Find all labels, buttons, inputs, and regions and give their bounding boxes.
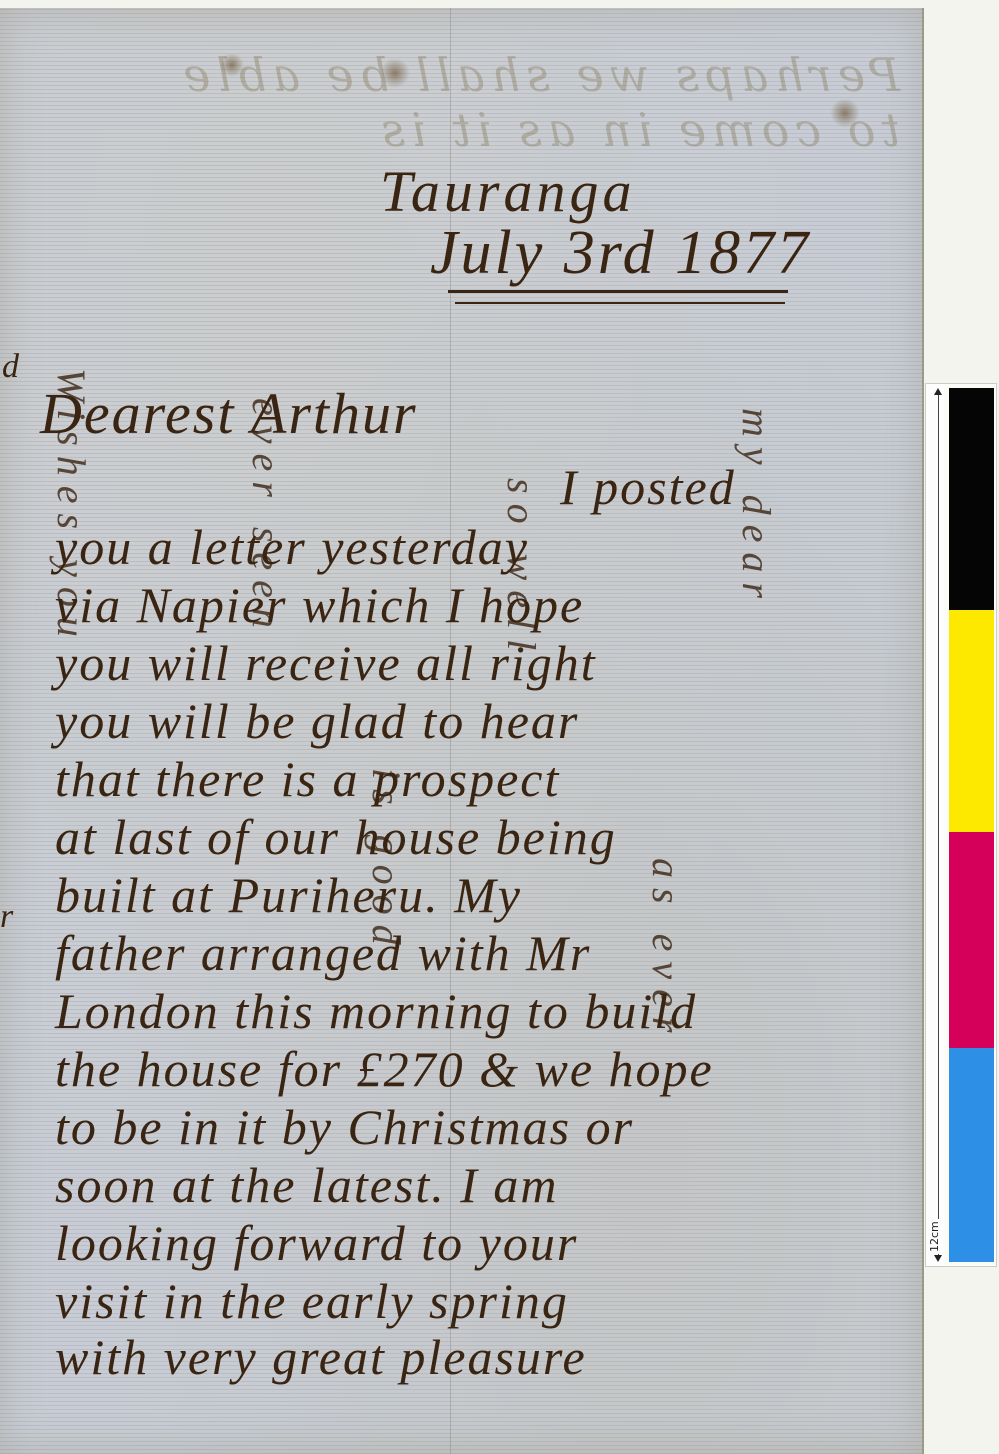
swatch-magenta	[949, 832, 994, 1048]
margin-mark: r	[0, 898, 13, 936]
ink-stain	[380, 58, 410, 88]
show-through-text: to come in as it is	[40, 103, 900, 157]
ink-stain	[830, 98, 860, 128]
cross-written-text: as ever	[643, 858, 690, 1042]
body-line: visit in the early spring	[55, 1272, 569, 1330]
body-line: I posted	[560, 458, 736, 516]
arrow-down-icon	[934, 1255, 942, 1262]
scale-ruler: 12cm	[926, 384, 944, 1266]
cross-written-text: so well	[498, 478, 545, 660]
cross-written-text: ever seen	[243, 398, 290, 638]
body-line: you a letter yesterday	[55, 518, 529, 576]
body-line: with very great pleasure	[55, 1328, 587, 1386]
show-through-text: Perhaps we shall be able	[40, 48, 900, 102]
scale-line	[938, 392, 939, 1258]
letter-date: July 3rd 1877	[430, 218, 811, 289]
ink-stain	[220, 53, 244, 77]
letter-paper: Perhaps we shall be able to come in as i…	[0, 8, 924, 1454]
cross-written-text: is good	[363, 768, 410, 955]
body-line: you will be glad to hear	[55, 692, 579, 750]
body-line: that there is a prospect	[55, 750, 560, 808]
margin-mark: d	[2, 348, 19, 386]
arrow-up-icon	[934, 388, 942, 395]
swatch-cyan	[949, 1048, 994, 1262]
body-line: looking forward to your	[55, 1214, 578, 1272]
swatch-yellow	[949, 610, 994, 832]
body-line: the house for £270 & we hope	[55, 1040, 714, 1098]
body-line: to be in it by Christmas or	[55, 1098, 634, 1156]
cross-written-text: my dear	[733, 408, 780, 608]
date-underline	[455, 302, 785, 304]
body-line: soon at the latest. I am	[55, 1156, 559, 1214]
swatch-black	[949, 388, 994, 610]
body-line: father arranged with Mr	[55, 924, 591, 982]
body-line: London this morning to build	[55, 982, 697, 1040]
scale-label: 12cm	[928, 1219, 941, 1254]
cross-written-text: Wishes you	[48, 368, 95, 647]
salutation: Dearest Arthur	[40, 380, 418, 447]
letter-place: Tauranga	[380, 158, 636, 225]
body-line: at last of our house being	[55, 808, 617, 866]
body-line: built at Puriheru. My	[55, 866, 522, 924]
date-underline	[448, 290, 788, 293]
color-calibration-bar: 12cm	[925, 383, 997, 1267]
